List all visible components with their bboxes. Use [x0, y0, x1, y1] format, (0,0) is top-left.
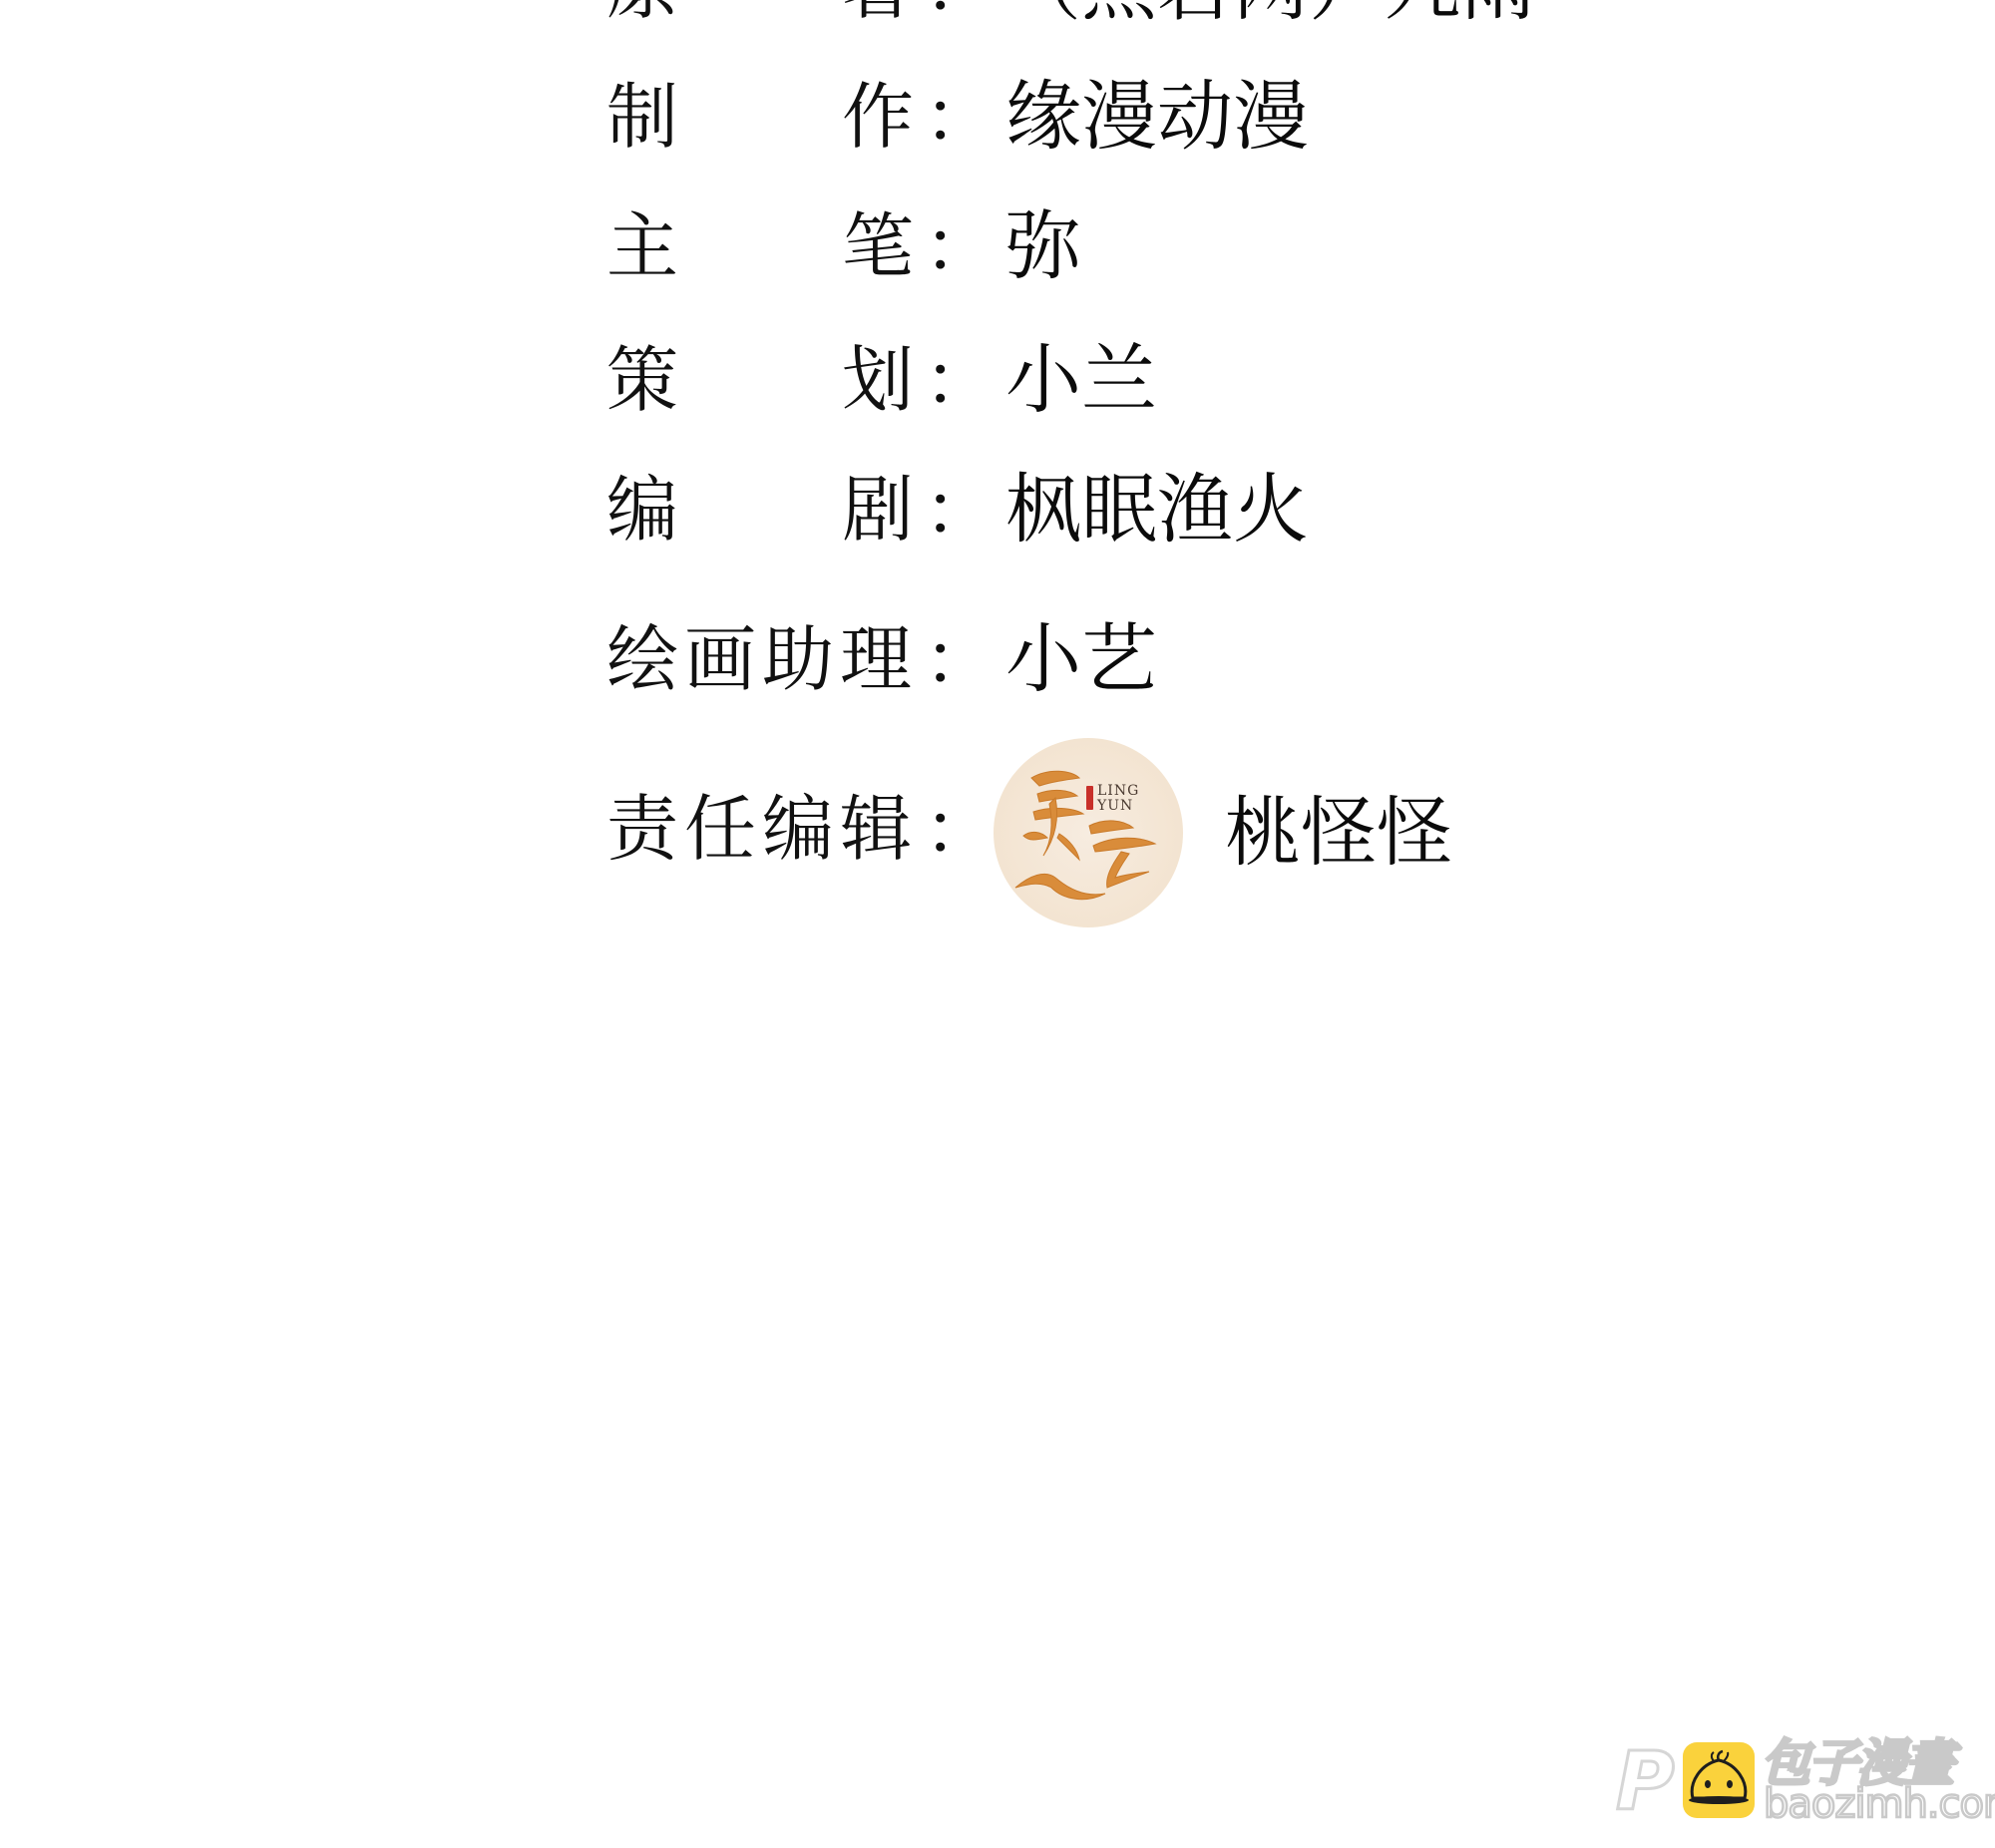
label-char: 剧 — [842, 465, 914, 554]
credit-value: 小兰 — [1005, 335, 1157, 425]
logo-latin-line: LING — [1097, 784, 1139, 799]
label-colon: ： — [924, 0, 996, 32]
label-char: 编 — [606, 465, 678, 554]
credit-value: 弥 — [1005, 201, 1081, 291]
credit-value: 枫眠渔火 — [1005, 465, 1309, 554]
credit-label: 主 笔 ： — [606, 201, 1005, 291]
label-char: 策 — [606, 335, 678, 425]
logo-latin-line: YUN — [1097, 799, 1139, 814]
label-char: 主 — [606, 201, 678, 291]
credit-label: 策 划 ： — [606, 335, 1005, 425]
logo-latin-text: LING YUN — [1097, 784, 1139, 814]
watermark-domain: baozimh.com — [1764, 1783, 1995, 1825]
label-colon: ： — [924, 72, 996, 162]
label-char: 制 — [606, 72, 678, 162]
label-colon: ： — [924, 335, 996, 425]
credit-value: （黑岩网）九雨 — [1005, 0, 1536, 32]
label-colon: ： — [924, 465, 996, 554]
baozimh-watermark: P 包子漫畫 baozimh.com — [1616, 1733, 1995, 1833]
label-text: 绘画助理 — [606, 614, 918, 704]
credit-label: 责任编辑 ： — [606, 784, 1005, 874]
credit-label: 制 作 ： — [606, 72, 1005, 162]
label-colon: ： — [924, 614, 996, 704]
label-char: 作 — [842, 72, 914, 162]
seal-stamp-icon — [1086, 786, 1093, 810]
credit-label: 绘画助理 ： — [606, 614, 1005, 704]
credit-value: 缘漫动漫 — [1005, 72, 1309, 162]
label-char: 笔 — [842, 201, 914, 291]
label-colon: ： — [924, 784, 996, 874]
label-char: 原 — [606, 0, 678, 32]
credit-label: 原 著 ： — [606, 0, 1005, 32]
label-char: 著 — [842, 0, 914, 32]
steamed-bun-icon — [1683, 1742, 1755, 1818]
label-colon: ： — [924, 201, 996, 291]
label-char: 划 — [842, 335, 914, 425]
watermark-ghost-letter: P — [1616, 1739, 1675, 1825]
label-text: 责任编辑 — [606, 784, 918, 874]
credit-value: 小艺 — [1005, 614, 1157, 704]
credit-label: 编 剧 ： — [606, 465, 1005, 554]
lingyun-logo: LING YUN — [994, 738, 1183, 927]
editor-name: 桃怪怪 — [1225, 788, 1452, 878]
lingyun-calligraphy-icon — [994, 738, 1183, 927]
